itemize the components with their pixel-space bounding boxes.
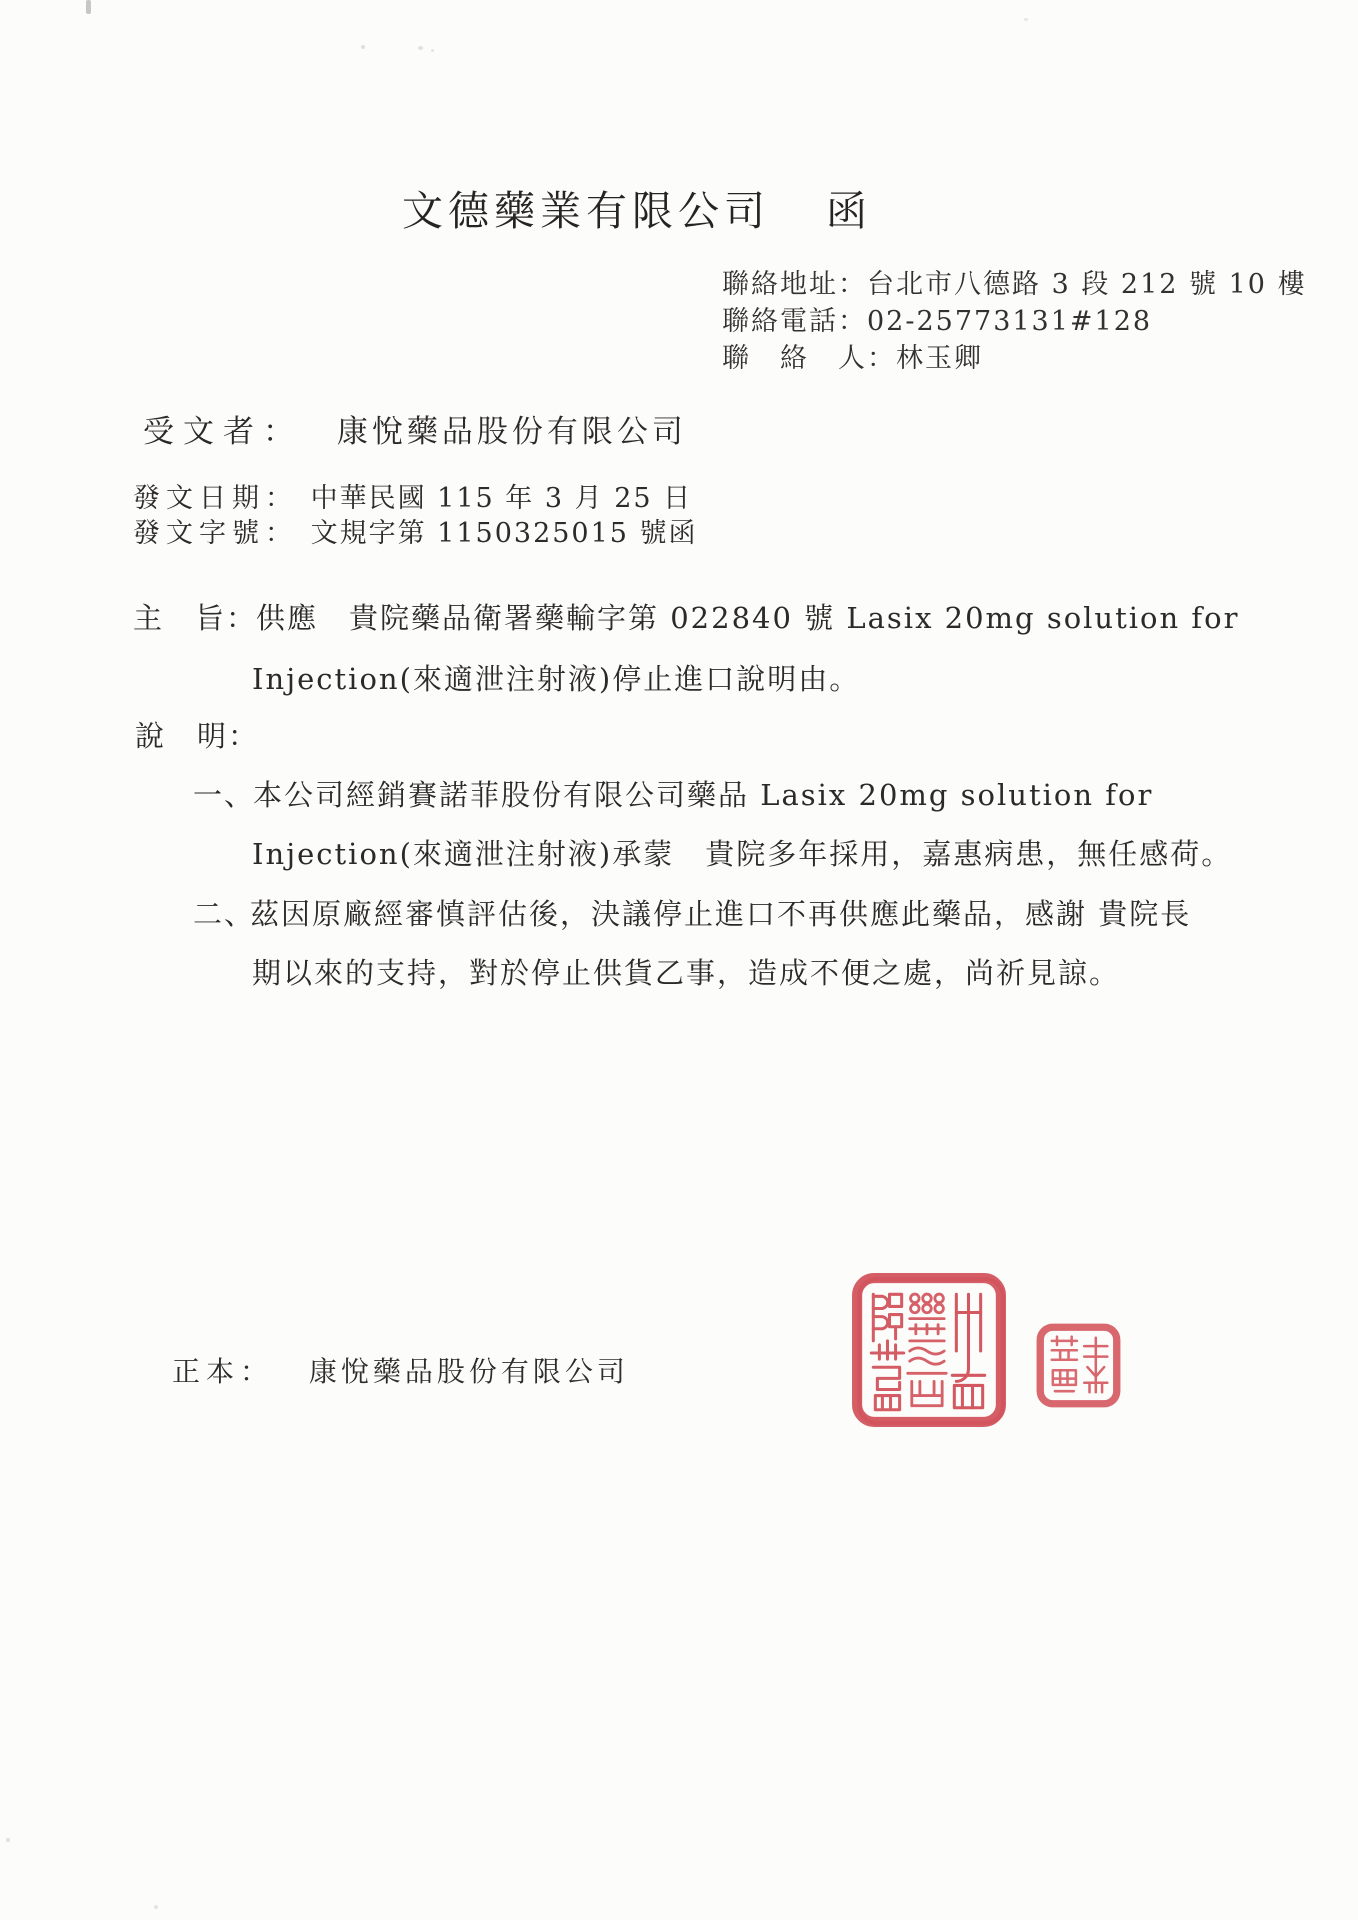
scan-speckle: [361, 45, 365, 49]
contact-address: 聯絡地址：台北市八德路 3 段 212 號 10 樓: [722, 266, 1307, 303]
explanation-item-2-number: 二、: [193, 892, 255, 933]
scan-speckle: [431, 49, 434, 52]
scan-speckle: [154, 1905, 158, 1909]
letter-title: 文德藥業有限公司 函: [402, 178, 872, 237]
issue-date-label: 發文日期：: [133, 483, 298, 514]
original-copy-row: 正本： 康悅藥品股份有限公司: [172, 1350, 629, 1390]
explanation-item-2-line1: 茲因原廠經審慎評估後，決議停止進口不再供應此藥品，感謝 貴院長: [250, 892, 1191, 933]
scanned-letter-page: 文德藥業有限公司 函 聯絡地址：台北市八德路 3 段 212 號 10 樓 聯絡…: [0, 0, 1358, 1920]
recipient-label: 受文者：: [143, 414, 303, 450]
subject-label: 主 旨：: [133, 596, 257, 637]
explanation-item-2-line2: 期以來的支持，對於停止供貨乙事，造成不便之處，尚祈見諒。: [252, 951, 1120, 992]
original-copy-label: 正本：: [172, 1355, 274, 1388]
scan-speckle: [86, 0, 91, 14]
explanation-item-1-line1: 本公司經銷賽諾菲股份有限公司藥品 Lasix 20mg solution for: [253, 773, 1153, 814]
document-type: 函: [826, 178, 872, 237]
subject-line1: 供應 貴院藥品衛署藥輸字第 022840 號 Lasix 20mg soluti…: [256, 596, 1239, 637]
recipient-value: 康悅藥品股份有限公司: [337, 414, 687, 450]
scan-speckle: [1024, 18, 1028, 21]
contact-block: 聯絡地址：台北市八德路 3 段 212 號 10 樓 聯絡電話：02-25773…: [722, 266, 1307, 377]
scan-speckle: [418, 46, 423, 50]
contact-phone: 聯絡電話：02-25773131#128: [722, 303, 1307, 340]
ref-number-label: 發文字號：: [133, 518, 298, 549]
subject-line2: Injection(來適泄注射液)停止進口說明由。: [252, 657, 860, 698]
original-copy-value: 康悅藥品股份有限公司: [309, 1355, 629, 1388]
company-seal-stamp-icon: [849, 1270, 1009, 1430]
issue-date-value: 中華民國 115 年 3 月 25 日: [311, 483, 693, 514]
ref-number-value: 文規字第 1150325015 號函: [311, 518, 698, 549]
issue-date-row: 發文日期： 中華民國 115 年 3 月 25 日: [133, 476, 692, 515]
ref-number-row: 發文字號： 文規字第 1150325015 號函: [133, 511, 698, 550]
name-seal-stamp-icon: [1035, 1322, 1122, 1409]
contact-person: 聯 絡 人：林玉卿: [722, 340, 1307, 377]
explanation-label: 說 明：: [135, 714, 259, 755]
scan-speckle: [6, 1838, 10, 1842]
explanation-item-1-number: 一、: [193, 773, 255, 814]
company-name: 文德藥業有限公司: [402, 178, 770, 237]
explanation-item-1-line2: Injection(來適泄注射液)承蒙 貴院多年採用，嘉惠病患，無任感荷。: [252, 832, 1232, 873]
recipient-row: 受文者： 康悅藥品股份有限公司: [143, 406, 687, 451]
